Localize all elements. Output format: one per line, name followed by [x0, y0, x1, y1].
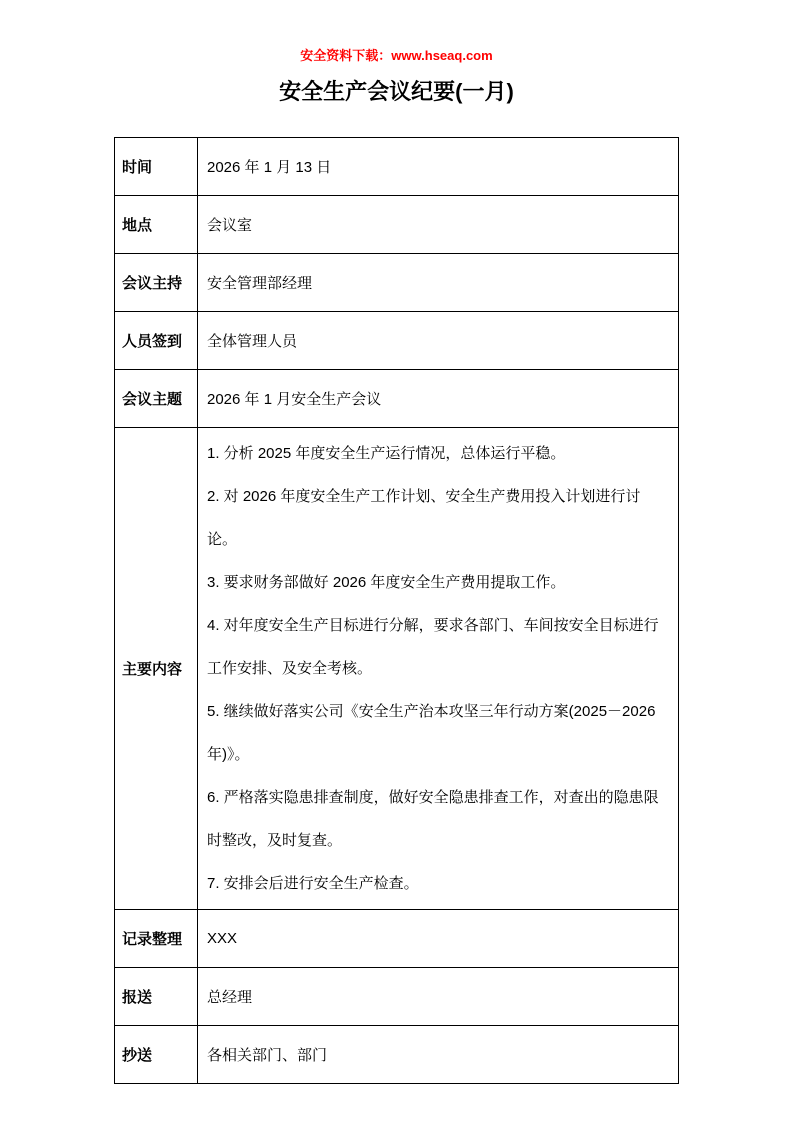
row-label: 时间: [115, 138, 198, 196]
content-item: 5. 继续做好落实公司《安全生产治本攻坚三年行动方案(2025－2026 年)》…: [207, 690, 670, 776]
row-value: 2026 年 1 月安全生产会议: [198, 370, 679, 428]
row-label: 抄送: [115, 1026, 198, 1084]
page-title: 安全生产会议纪要(一月): [0, 78, 793, 105]
row-label: 记录整理: [115, 910, 198, 968]
content-item: 7. 安排会后进行安全生产检查。: [207, 862, 670, 905]
row-value: 总经理: [198, 968, 679, 1026]
main-content-cell: 1. 分析 2025 年度安全生产运行情况，总体运行平稳。 2. 对 2026 …: [198, 428, 679, 910]
row-label: 地点: [115, 196, 198, 254]
table-row-topic: 会议主题 2026 年 1 月安全生产会议: [115, 370, 679, 428]
row-label: 报送: [115, 968, 198, 1026]
row-label: 会议主持: [115, 254, 198, 312]
content-item: 3. 要求财务部做好 2026 年度安全生产费用提取工作。: [207, 561, 670, 604]
row-value: 会议室: [198, 196, 679, 254]
row-value: 2026 年 1 月 13 日: [198, 138, 679, 196]
table-row-signin: 人员签到 全体管理人员: [115, 312, 679, 370]
content-item: 1. 分析 2025 年度安全生产运行情况，总体运行平稳。: [207, 432, 670, 475]
row-label: 主要内容: [115, 428, 198, 910]
download-notice: 安全资料下载：www.hseaq.com: [0, 0, 793, 64]
table-row-host: 会议主持 安全管理部经理: [115, 254, 679, 312]
row-label: 会议主题: [115, 370, 198, 428]
table-row-main-content: 主要内容 1. 分析 2025 年度安全生产运行情况，总体运行平稳。 2. 对 …: [115, 428, 679, 910]
table-row-copy-to: 抄送 各相关部门、部门: [115, 1026, 679, 1084]
meeting-minutes-table: 时间 2026 年 1 月 13 日 地点 会议室 会议主持 安全管理部经理 人…: [114, 137, 679, 1084]
table-row-recorder: 记录整理 XXX: [115, 910, 679, 968]
row-value: 各相关部门、部门: [198, 1026, 679, 1084]
content-item: 6. 严格落实隐患排查制度，做好安全隐患排查工作，对查出的隐患限时整改，及时复查…: [207, 776, 670, 862]
document-page: 安全资料下载：www.hseaq.com 安全生产会议纪要(一月) 时间 202…: [0, 0, 793, 1122]
table-row-location: 地点 会议室: [115, 196, 679, 254]
row-value: 安全管理部经理: [198, 254, 679, 312]
row-value: XXX: [198, 910, 679, 968]
table-row-report-to: 报送 总经理: [115, 968, 679, 1026]
table-row-time: 时间 2026 年 1 月 13 日: [115, 138, 679, 196]
row-label: 人员签到: [115, 312, 198, 370]
row-value: 全体管理人员: [198, 312, 679, 370]
content-item: 4. 对年度安全生产目标进行分解，要求各部门、车间按安全目标进行工作安排、及安全…: [207, 604, 670, 690]
content-item: 2. 对 2026 年度安全生产工作计划、安全生产费用投入计划进行讨论。: [207, 475, 670, 561]
